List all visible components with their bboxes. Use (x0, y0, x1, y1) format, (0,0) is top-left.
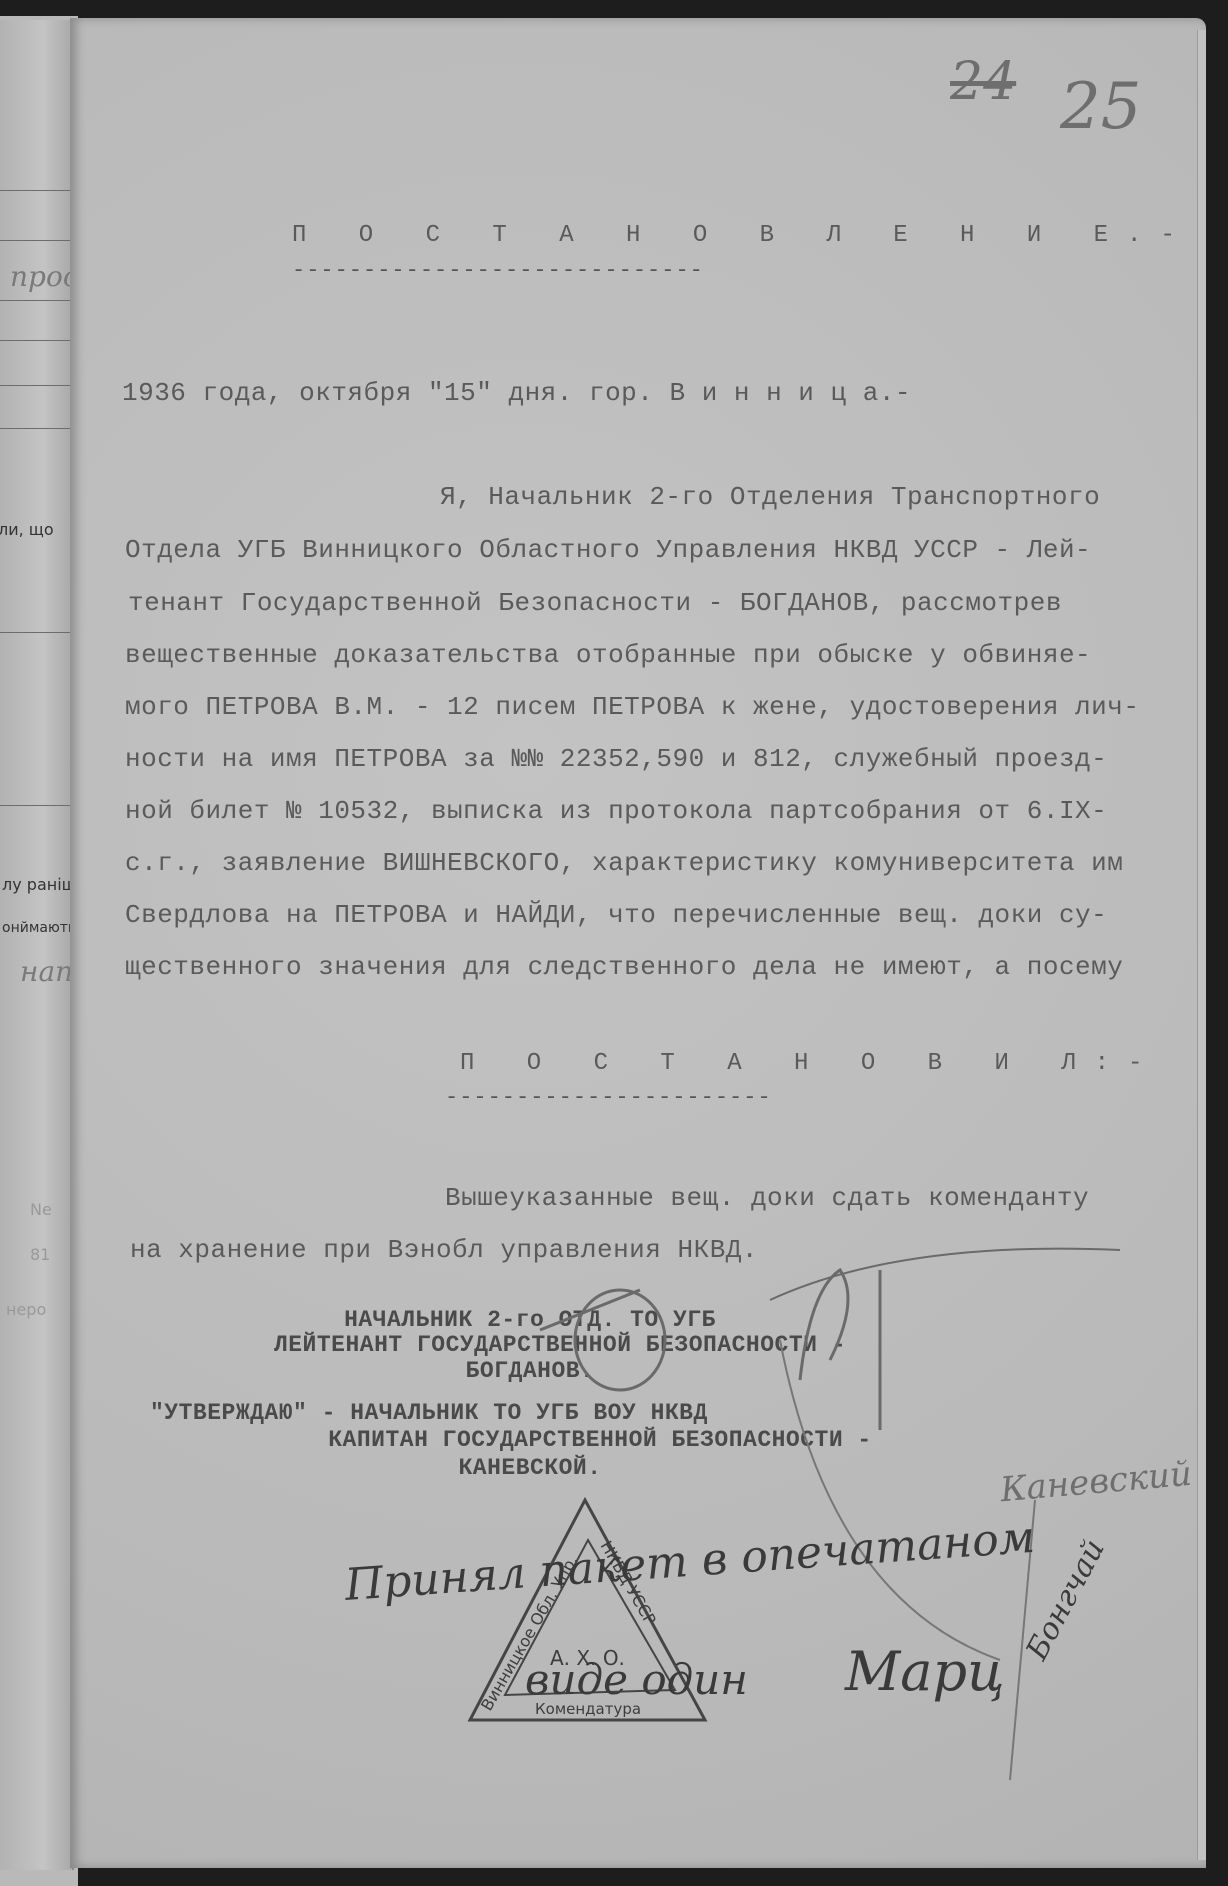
bogdanov-signature-icon (540, 1249, 1120, 1430)
receipt-note-line2: виде один (525, 1655, 748, 1704)
signature-receiver: Марц (845, 1640, 1005, 1703)
scanned-document: прос ли, що лу раніш онймають нап Ne 81 … (0, 0, 1228, 1886)
